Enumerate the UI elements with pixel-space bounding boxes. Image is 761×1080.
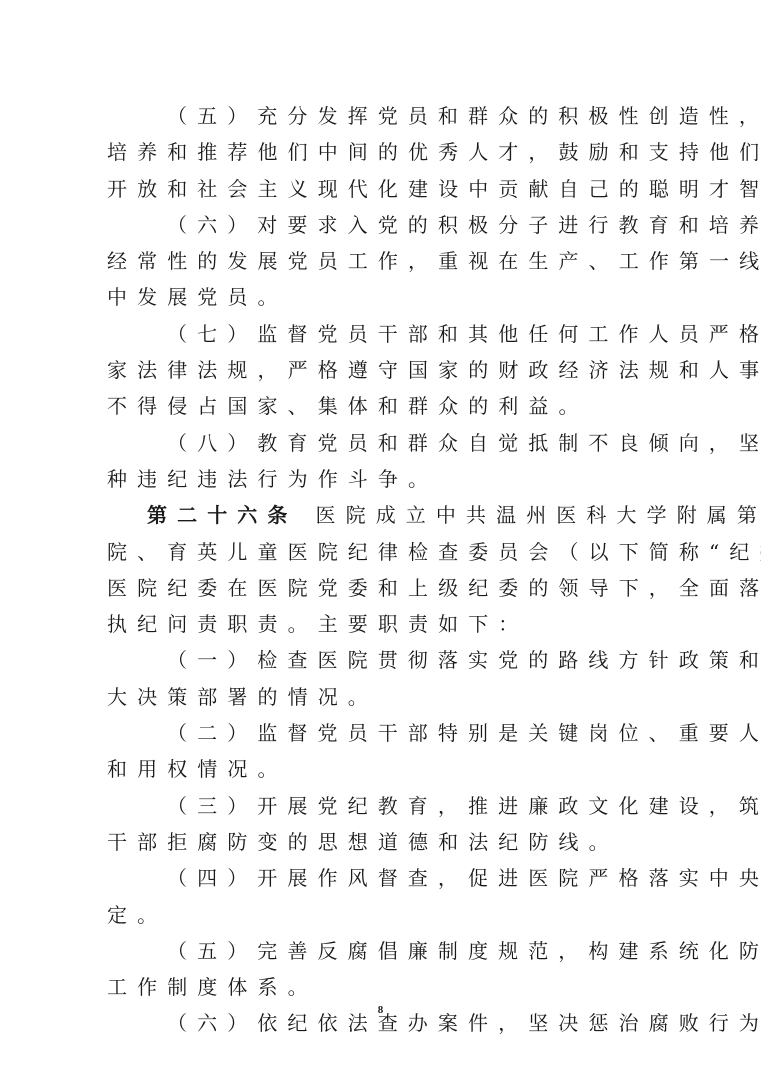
- text-line: 执纪问责职责。主要职责如下：: [107, 606, 655, 642]
- text-line: （六）对要求入党的积极分子进行教育和培养，做好: [107, 207, 655, 243]
- text-line: 家法律法规，严格遵守国家的财政经济法规和人事制度，: [107, 352, 655, 388]
- text-line: （五）充分发挥党员和群众的积极性创造性，发现、: [107, 98, 655, 134]
- page-number: 8: [0, 1004, 761, 1016]
- text-line: 中发展党员。: [107, 279, 655, 315]
- text-line: 工作制度体系。: [107, 969, 655, 1005]
- text-line: （二）监督党员干部特别是关键岗位、重要人员履职: [107, 715, 655, 751]
- article-heading: 第二十六条: [147, 503, 298, 527]
- text-line: （四）开展作风督查，促进医院严格落实中央八项规: [107, 860, 655, 896]
- body-text: （五）充分发挥党员和群众的积极性创造性，发现、 培养和推荐他们中间的优秀人才，鼓…: [107, 98, 655, 1042]
- text-line: （一）检查医院贯彻落实党的路线方针政策和医院重: [107, 642, 655, 678]
- text-line: 和用权情况。: [107, 751, 655, 787]
- text-line: 干部拒腐防变的思想道德和法纪防线。: [107, 824, 655, 860]
- text-line: （三）开展党纪教育，推进廉政文化建设，筑牢党员: [107, 788, 655, 824]
- text-line: 开放和社会主义现代化建设中贡献自己的聪明才智。: [107, 171, 655, 207]
- text-line: （五）完善反腐倡廉制度规范，构建系统化防治腐败: [107, 933, 655, 969]
- text-line: 院、育英儿童医院纪律检查委员会（以下简称“纪委”）。: [107, 534, 655, 570]
- text-line: 不得侵占国家、集体和群众的利益。: [107, 388, 655, 424]
- text-line: （七）监督党员干部和其他任何工作人员严格遵守国: [107, 316, 655, 352]
- text-line: 种违纪违法行为作斗争。: [107, 461, 655, 497]
- text-line: 大决策部署的情况。: [107, 679, 655, 715]
- document-page: （五）充分发挥党员和群众的积极性创造性，发现、 培养和推荐他们中间的优秀人才，鼓…: [0, 0, 761, 1080]
- text-line: 经常性的发展党员工作，重视在生产、工作第一线和青年: [107, 243, 655, 279]
- text-line: 培养和推荐他们中间的优秀人才，鼓励和支持他们在改革: [107, 134, 655, 170]
- text-line: 定。: [107, 897, 655, 933]
- article-text: 医院成立中共温州医科大学附属第二医: [316, 503, 761, 527]
- text-line: 医院纪委在医院党委和上级纪委的领导下，全面落实监督: [107, 570, 655, 606]
- article-heading-line: 第二十六条医院成立中共温州医科大学附属第二医: [107, 497, 655, 533]
- text-line: （八）教育党员和群众自觉抵制不良倾向，坚决同各: [107, 425, 655, 461]
